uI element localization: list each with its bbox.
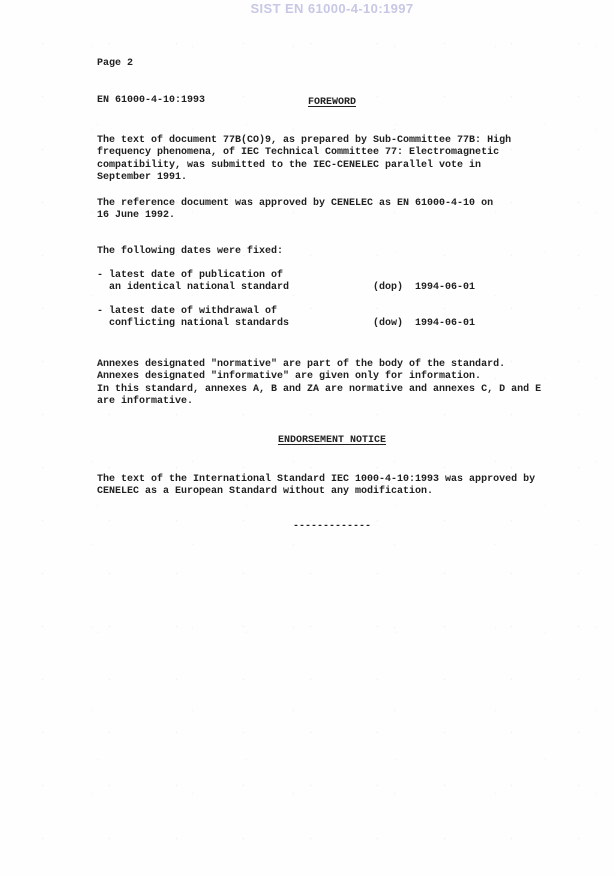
endorsement-heading: ENDORSEMENT NOTICE: [97, 435, 567, 447]
dop-list-item: - latest date of publication of an ident…: [97, 270, 475, 295]
foreword-heading-text: FOREWORD: [308, 97, 356, 108]
annexes-note: Annexes designated "normative" are part …: [97, 359, 541, 408]
foreword-heading: FOREWORD: [97, 97, 567, 109]
separator-dashes: -------------: [97, 521, 567, 533]
dow-list-item: - latest date of withdrawal of conflicti…: [97, 306, 475, 331]
foreword-paragraph-1: The text of document 77B(CO)9, as prepar…: [97, 135, 511, 184]
sist-watermark: SIST EN 61000-4-10:1997: [97, 1, 567, 16]
page-header-block: Page 2 EN 61000-4-10:1993: [97, 33, 205, 132]
endorsement-heading-text: ENDORSEMENT NOTICE: [278, 435, 386, 446]
foreword-paragraph-2: The reference document was approved by C…: [97, 198, 493, 223]
page-number: Page 2: [97, 58, 205, 70]
document-page: SIST EN 61000-4-10:1997 Page 2 EN 61000-…: [0, 0, 615, 876]
endorsement-body: The text of the International Standard I…: [97, 474, 535, 499]
dates-fixed-intro: The following dates were fixed:: [97, 246, 283, 258]
